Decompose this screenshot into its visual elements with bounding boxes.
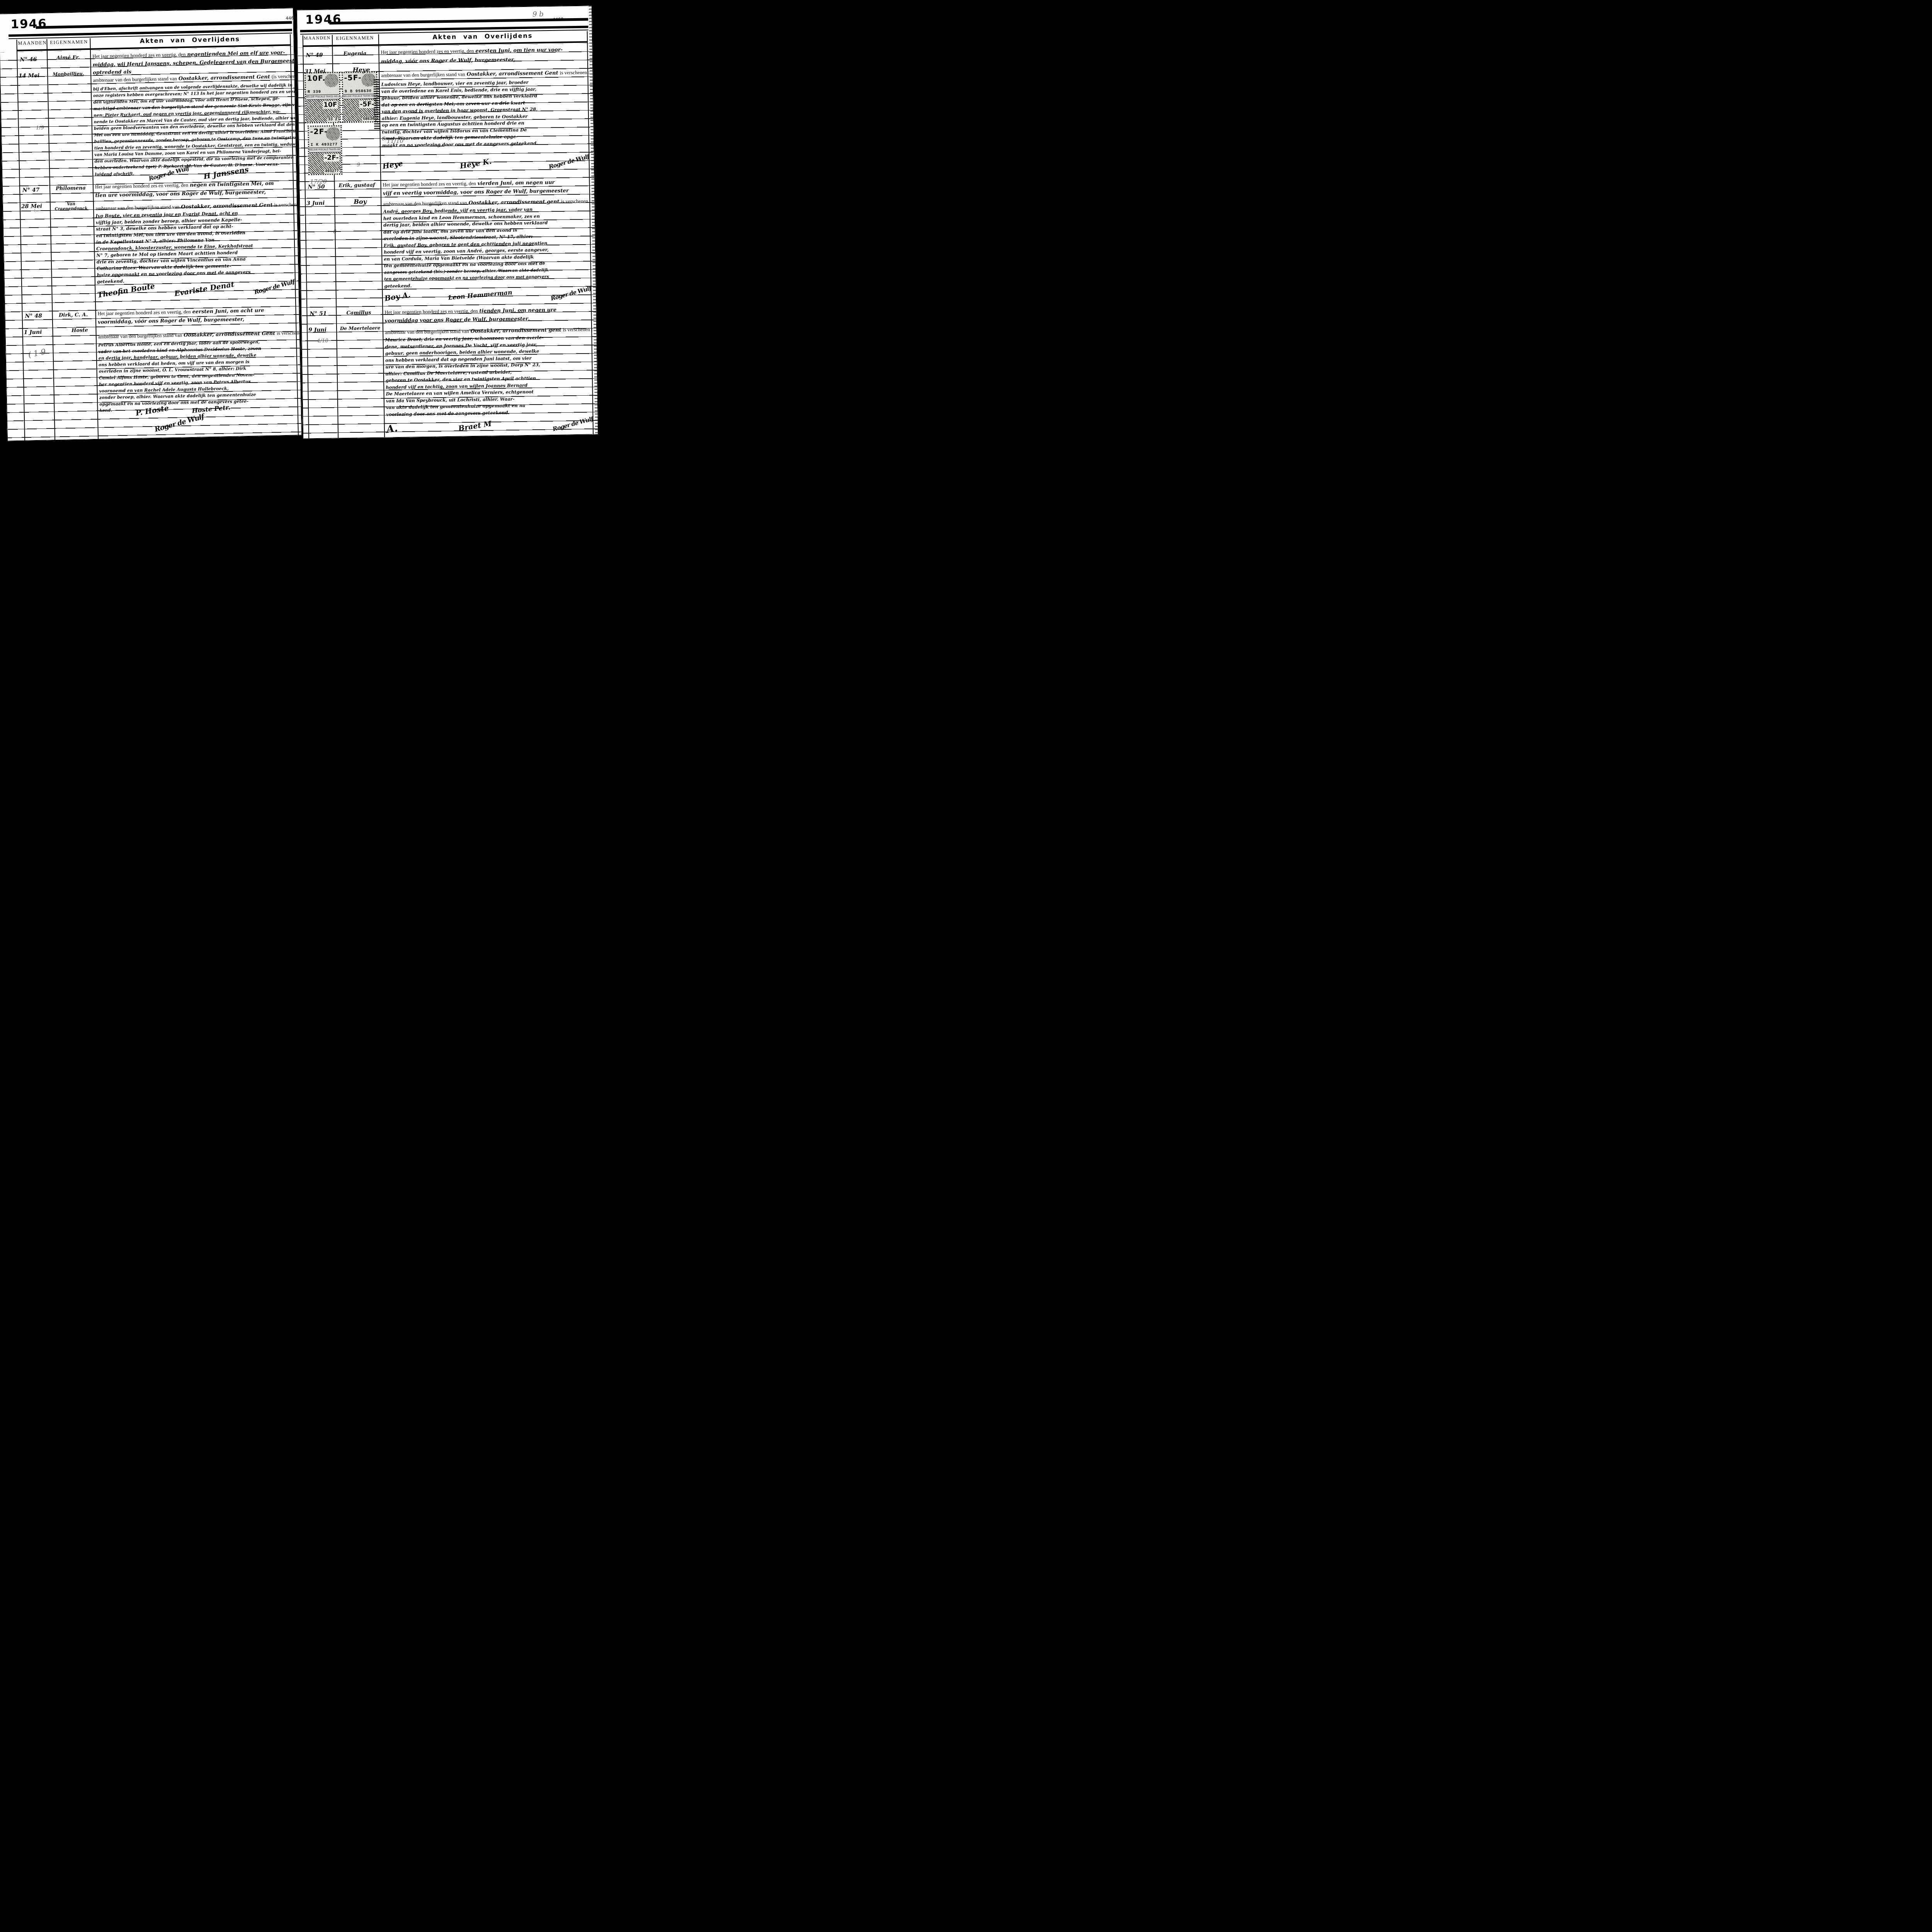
right-page-body: 10F. R 339 BELGIE·FISCALE·TAXES·BELGIQUE… <box>297 43 598 439</box>
act-48: N° 48 1 Juni Dirk, C. A. Hoste Het jaar … <box>5 304 301 438</box>
act-47: N° 47 28 Mei Philomena Van Craenendonck … <box>2 178 299 311</box>
column-header-months: MAANDEN <box>18 40 46 46</box>
opening-fill: negen en twintigsten Mei, om <box>190 181 274 188</box>
official-printed: ambtenaar van den burgerlijken stand van <box>95 204 180 211</box>
header-rule-thick <box>300 26 588 32</box>
act-number: N° 46 <box>20 56 37 63</box>
column-header-names: EIGENNAMEN <box>48 39 90 46</box>
opening-fill: vierden Juni, om negen uur <box>478 180 555 187</box>
act-date: 9 Juni <box>308 327 327 333</box>
opening-fill: eersten Juni, om acht ure <box>192 308 264 315</box>
official-printed: ambtenaar van den burgerlijken stand van <box>383 200 467 207</box>
left-page-body: 1/9 :.. ( 1 9 N° 46 14 Mei Aimé Fr. Monb… <box>0 46 302 439</box>
signature: Roger de Wulf <box>550 285 592 302</box>
act-body: Ludovicus Heye, landbouwer, vier en zeve… <box>381 78 590 149</box>
opening-fill: eersten Juni, om tien uur voor- <box>475 47 563 54</box>
opening-printed: Het jaar negentien honderd zes en veerti… <box>384 308 478 315</box>
act-body: Maurice Braet, drie en veertig jaar, sch… <box>385 333 593 418</box>
opening-fill: middag, vóór ons Roger de Wulf, burgemee… <box>381 57 515 65</box>
signature: Braet M <box>457 419 492 433</box>
appeared-printed: is verschenen : <box>563 326 592 332</box>
place-fill: Oostakker, arrondissement Gent <box>467 70 558 78</box>
appeared-printed: is verschenen : <box>560 69 590 75</box>
signature: Roger de Wulf <box>548 153 590 170</box>
column-header-names: EIGENNAMEN <box>333 35 377 42</box>
place-fill: Oostakker, arrondissement gent <box>469 199 560 206</box>
opening-printed: Het jaar negentien honderd zes en veerti… <box>383 180 476 188</box>
opening-fill: tienden Juni, om negen ure <box>479 307 556 314</box>
signature: Roger de Wulf <box>552 415 594 433</box>
act-tail-text: kend. <box>99 407 112 414</box>
signature: A. <box>386 422 399 435</box>
signature: Leon Hemmerman <box>448 289 513 301</box>
act-name: Hoste <box>59 327 100 334</box>
signature: Hoste Petr. <box>192 403 231 414</box>
act-signature-row: Heye Heye K. Roger de Wulf <box>383 158 590 170</box>
act-name: Philomena <box>50 185 91 192</box>
act-date: 31 Mei <box>304 68 325 75</box>
official-printed: ambtenaar van den burgerlijken stand van <box>385 328 469 335</box>
official-printed: ambtenaar van den burgerlijken stand van <box>93 76 177 83</box>
opening-fill: tien ure voormiddag, voor ons Roger de W… <box>95 189 266 199</box>
opening-printed: Het jaar negentien honderd zes en veerti… <box>92 51 185 59</box>
act-name: Monbaillieu. <box>48 71 89 77</box>
place-fill: Oostakker, arrondissement gent <box>471 327 561 334</box>
official-printed: ambtenaar van den burgerlijken stand van <box>381 71 465 78</box>
opening-printed: Het jaar negentien honderd zes en veerti… <box>97 309 190 316</box>
signature: Roger de Wulf <box>154 413 205 434</box>
place-fill: Oostakker, arrondissement Gent <box>179 74 270 82</box>
act-signature-row: Theofin Boute Evariste Denat Roger de Wu… <box>97 283 295 296</box>
register-left-page: 1946 4460 MAANDEN EIGENNAMEN Akten van O… <box>0 8 302 441</box>
act-name: Camillus <box>337 310 381 316</box>
act-name: Erik, gustaaf <box>335 182 379 189</box>
opening-fill: negentienden Mei om elf ure voor- <box>187 50 285 58</box>
signature: Boy A. <box>384 291 411 303</box>
act-51: N° 51 9 Juni Camillus De Maertelaere Het… <box>301 304 598 438</box>
appeared-printed: is verschenen : <box>561 198 591 204</box>
act-signature-row: A. Braet M Roger de Wulf <box>386 420 594 435</box>
header-bar <box>36 21 292 29</box>
year-heading-right: 1946 <box>305 12 342 27</box>
act-date: 28 Mei <box>21 203 42 210</box>
page-number-left: 4460 <box>286 15 296 21</box>
act-date: 14 Mei <box>19 73 39 79</box>
act-number: N° 50 <box>308 184 325 190</box>
act-name: Eugenia <box>333 51 377 57</box>
official-printed: ambtenaar van den burgerlijken stand van <box>98 332 182 339</box>
act-name: Aimé Fr. <box>48 54 88 61</box>
act-name: De Maertelaere <box>337 325 383 331</box>
act-signature-row: Boy A. Leon Hemmerman Roger de Wulf <box>384 289 592 301</box>
act-body: Petrus Albertus Hoste, een en dertig jaa… <box>98 338 297 407</box>
signature: Heye K. <box>459 157 492 170</box>
act-tail-text: luidend afschrift, <box>95 171 134 178</box>
opening-printed: Het jaar negentien honderd zes en veerti… <box>381 48 474 55</box>
act-50: N° 50 3 Juni Erik, gustaaf Boy Het jaar … <box>299 177 596 308</box>
opening-printed: Het jaar negentien honderd zes en veerti… <box>95 182 188 190</box>
year-heading-left: 1946 <box>10 17 47 31</box>
act-number: N° 49 <box>306 52 323 59</box>
place-fill: Oostakker, arrondissement Gent <box>181 202 272 210</box>
place-fill: Oostakker, arrondissement Gent <box>184 331 275 338</box>
act-date: 3 Juni <box>306 200 325 207</box>
column-header-months: MAANDEN <box>303 36 331 41</box>
register-right-page: 1946 9 b 4460 MAANDEN EIGENNAMEN Akten v… <box>297 5 598 439</box>
signature: Heye <box>382 159 403 171</box>
act-signature-row: Roger de Wulf <box>154 418 205 428</box>
act-body: bij d'Eben, afschrift ontvangen van de v… <box>93 82 293 172</box>
act-number: N° 47 <box>22 187 39 194</box>
act-name: Van Craenendonck <box>51 201 92 211</box>
act-49: N° 49 31 Mei Eugenia Heye Het jaar negen… <box>297 43 594 179</box>
act-number: N° 51 <box>310 311 327 317</box>
corner-annotation: 9 b <box>532 10 544 18</box>
act-name: Heye <box>339 66 383 74</box>
act-name: Dirk, C. A. <box>53 312 94 318</box>
opening-fill: voormiddag, vóór ons Roger de Wulf, burg… <box>98 316 245 325</box>
register-scan: 1946 4460 MAANDEN EIGENNAMEN Akten van O… <box>0 0 601 449</box>
header-bar <box>329 18 588 25</box>
act-date: 1 Juni <box>24 329 42 336</box>
act-number: N° 48 <box>25 313 42 320</box>
act-46: N° 46 14 Mei Aimé Fr. Monbaillieu. Het j… <box>0 46 297 182</box>
act-name: Boy <box>338 197 382 206</box>
opening-fill: voormiddag voor ons Roger de Wulf, burge… <box>385 316 530 324</box>
act-body: André, georges Boy, bediende, vijf en ve… <box>383 206 591 290</box>
act-body: Ivo Boute, vier en zeventig jaar en Evar… <box>95 209 295 285</box>
opening-fill: optredend als <box>93 69 131 76</box>
opening-fill: vijf en veertig voormiddag, voor ons Rog… <box>383 188 569 196</box>
opening-fill: middag, wij Henri Janssens, schepen, Ged… <box>93 58 302 68</box>
